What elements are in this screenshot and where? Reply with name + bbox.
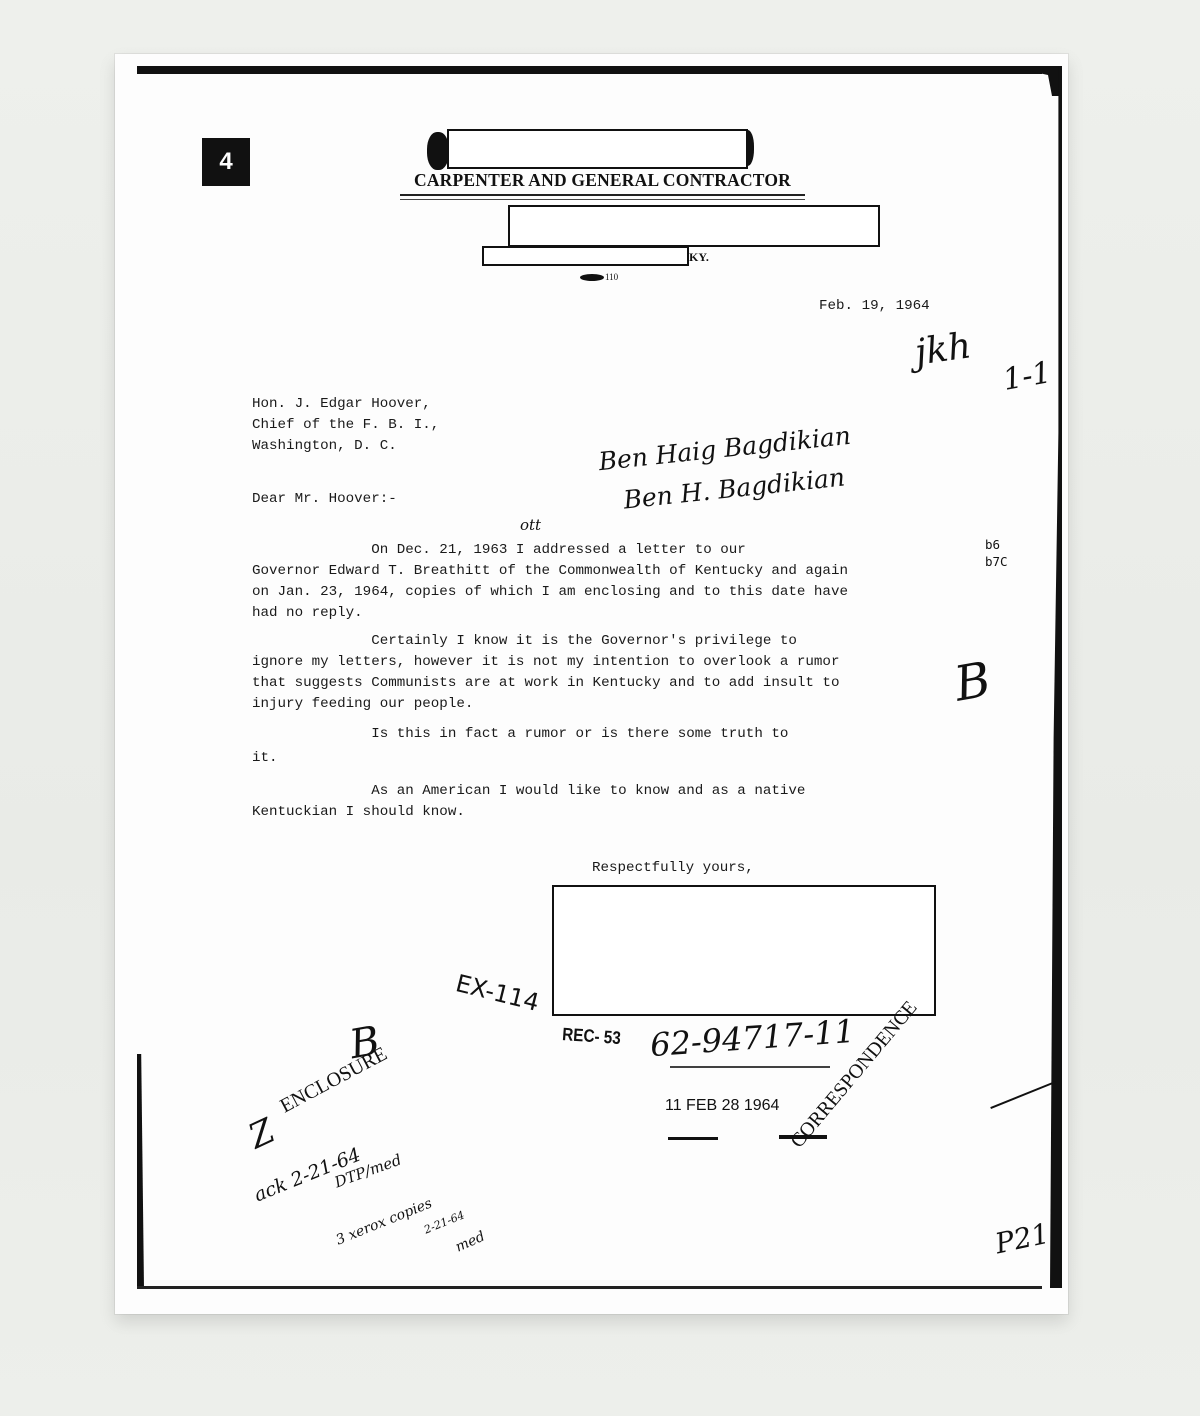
salutation: Dear Mr. Hoover:- <box>252 489 397 510</box>
redaction-box-signature <box>552 885 936 1016</box>
union-label-number: 110 <box>605 272 618 282</box>
ink-stroke <box>990 1081 1055 1109</box>
handwritten-z: Z <box>243 1111 281 1157</box>
letterhead-state: KY. <box>689 250 709 265</box>
foia-exemptions: b6b7C <box>985 536 1008 570</box>
stamp-ex: EX-114 <box>453 969 542 1017</box>
exemption-b6: b6 <box>985 536 1008 553</box>
paragraph-2: Certainly I know it is the Governor's pr… <box>252 631 839 715</box>
page-number-badge: 4 <box>202 138 250 186</box>
paragraph-4: As an American I would like to know and … <box>252 781 805 823</box>
letterhead-rule <box>400 194 805 196</box>
letter-date: Feb. 19, 1964 <box>819 296 930 317</box>
scan-border-top <box>137 66 1042 74</box>
closing: Respectfully yours, <box>592 858 754 879</box>
scan-border-right <box>1050 66 1062 1288</box>
handwritten-initials: jkh <box>912 325 973 373</box>
union-bug-icon <box>580 274 604 281</box>
scan-border-left <box>137 1054 144 1289</box>
recipient-line-1: Hon. J. Edgar Hoover, <box>252 394 431 415</box>
handwritten-ott: ott <box>520 516 541 534</box>
paragraph-3: Is this in fact a rumor or is there some… <box>252 724 788 769</box>
handwritten-b: B <box>950 651 994 712</box>
stamp-rec: REC- 53 <box>562 1024 622 1049</box>
recipient-line-3: Washington, D. C. <box>252 436 397 457</box>
union-label: 110 <box>580 272 618 282</box>
letterhead-rule <box>400 199 805 200</box>
recipient-line-2: Chief of the F. B. I., <box>252 415 439 436</box>
redaction-box-address <box>508 205 880 247</box>
paragraph-1: On Dec. 21, 1963 I addressed a letter to… <box>252 540 848 624</box>
scan-border-bottom <box>137 1286 1042 1289</box>
stamp-rule <box>670 1066 830 1068</box>
letterhead-trade: CARPENTER AND GENERAL CONTRACTOR <box>400 170 805 191</box>
redaction-box-city <box>482 246 689 266</box>
handwritten-xerox-date: 2-21-64 <box>422 1209 466 1237</box>
handwritten-mark: 1-1 <box>1000 355 1054 398</box>
exemption-b7c: b7C <box>985 553 1008 570</box>
stamp-rule <box>668 1137 718 1140</box>
handwritten-xerox-initials: med <box>453 1228 487 1255</box>
handwritten-file-number: 62-94717-11 <box>649 1012 856 1064</box>
redaction-box-name <box>447 129 748 169</box>
stamp-filed-date: 11 FEB 28 1964 <box>665 1097 779 1115</box>
handwritten-xerox: 3 xerox copies <box>334 1195 435 1248</box>
ink-smudge <box>427 132 449 170</box>
handwritten-corner-initials: P21 <box>992 1217 1052 1261</box>
document-page: 4 CARPENTER AND GENERAL CONTRACTOR KY. 1… <box>115 54 1068 1314</box>
